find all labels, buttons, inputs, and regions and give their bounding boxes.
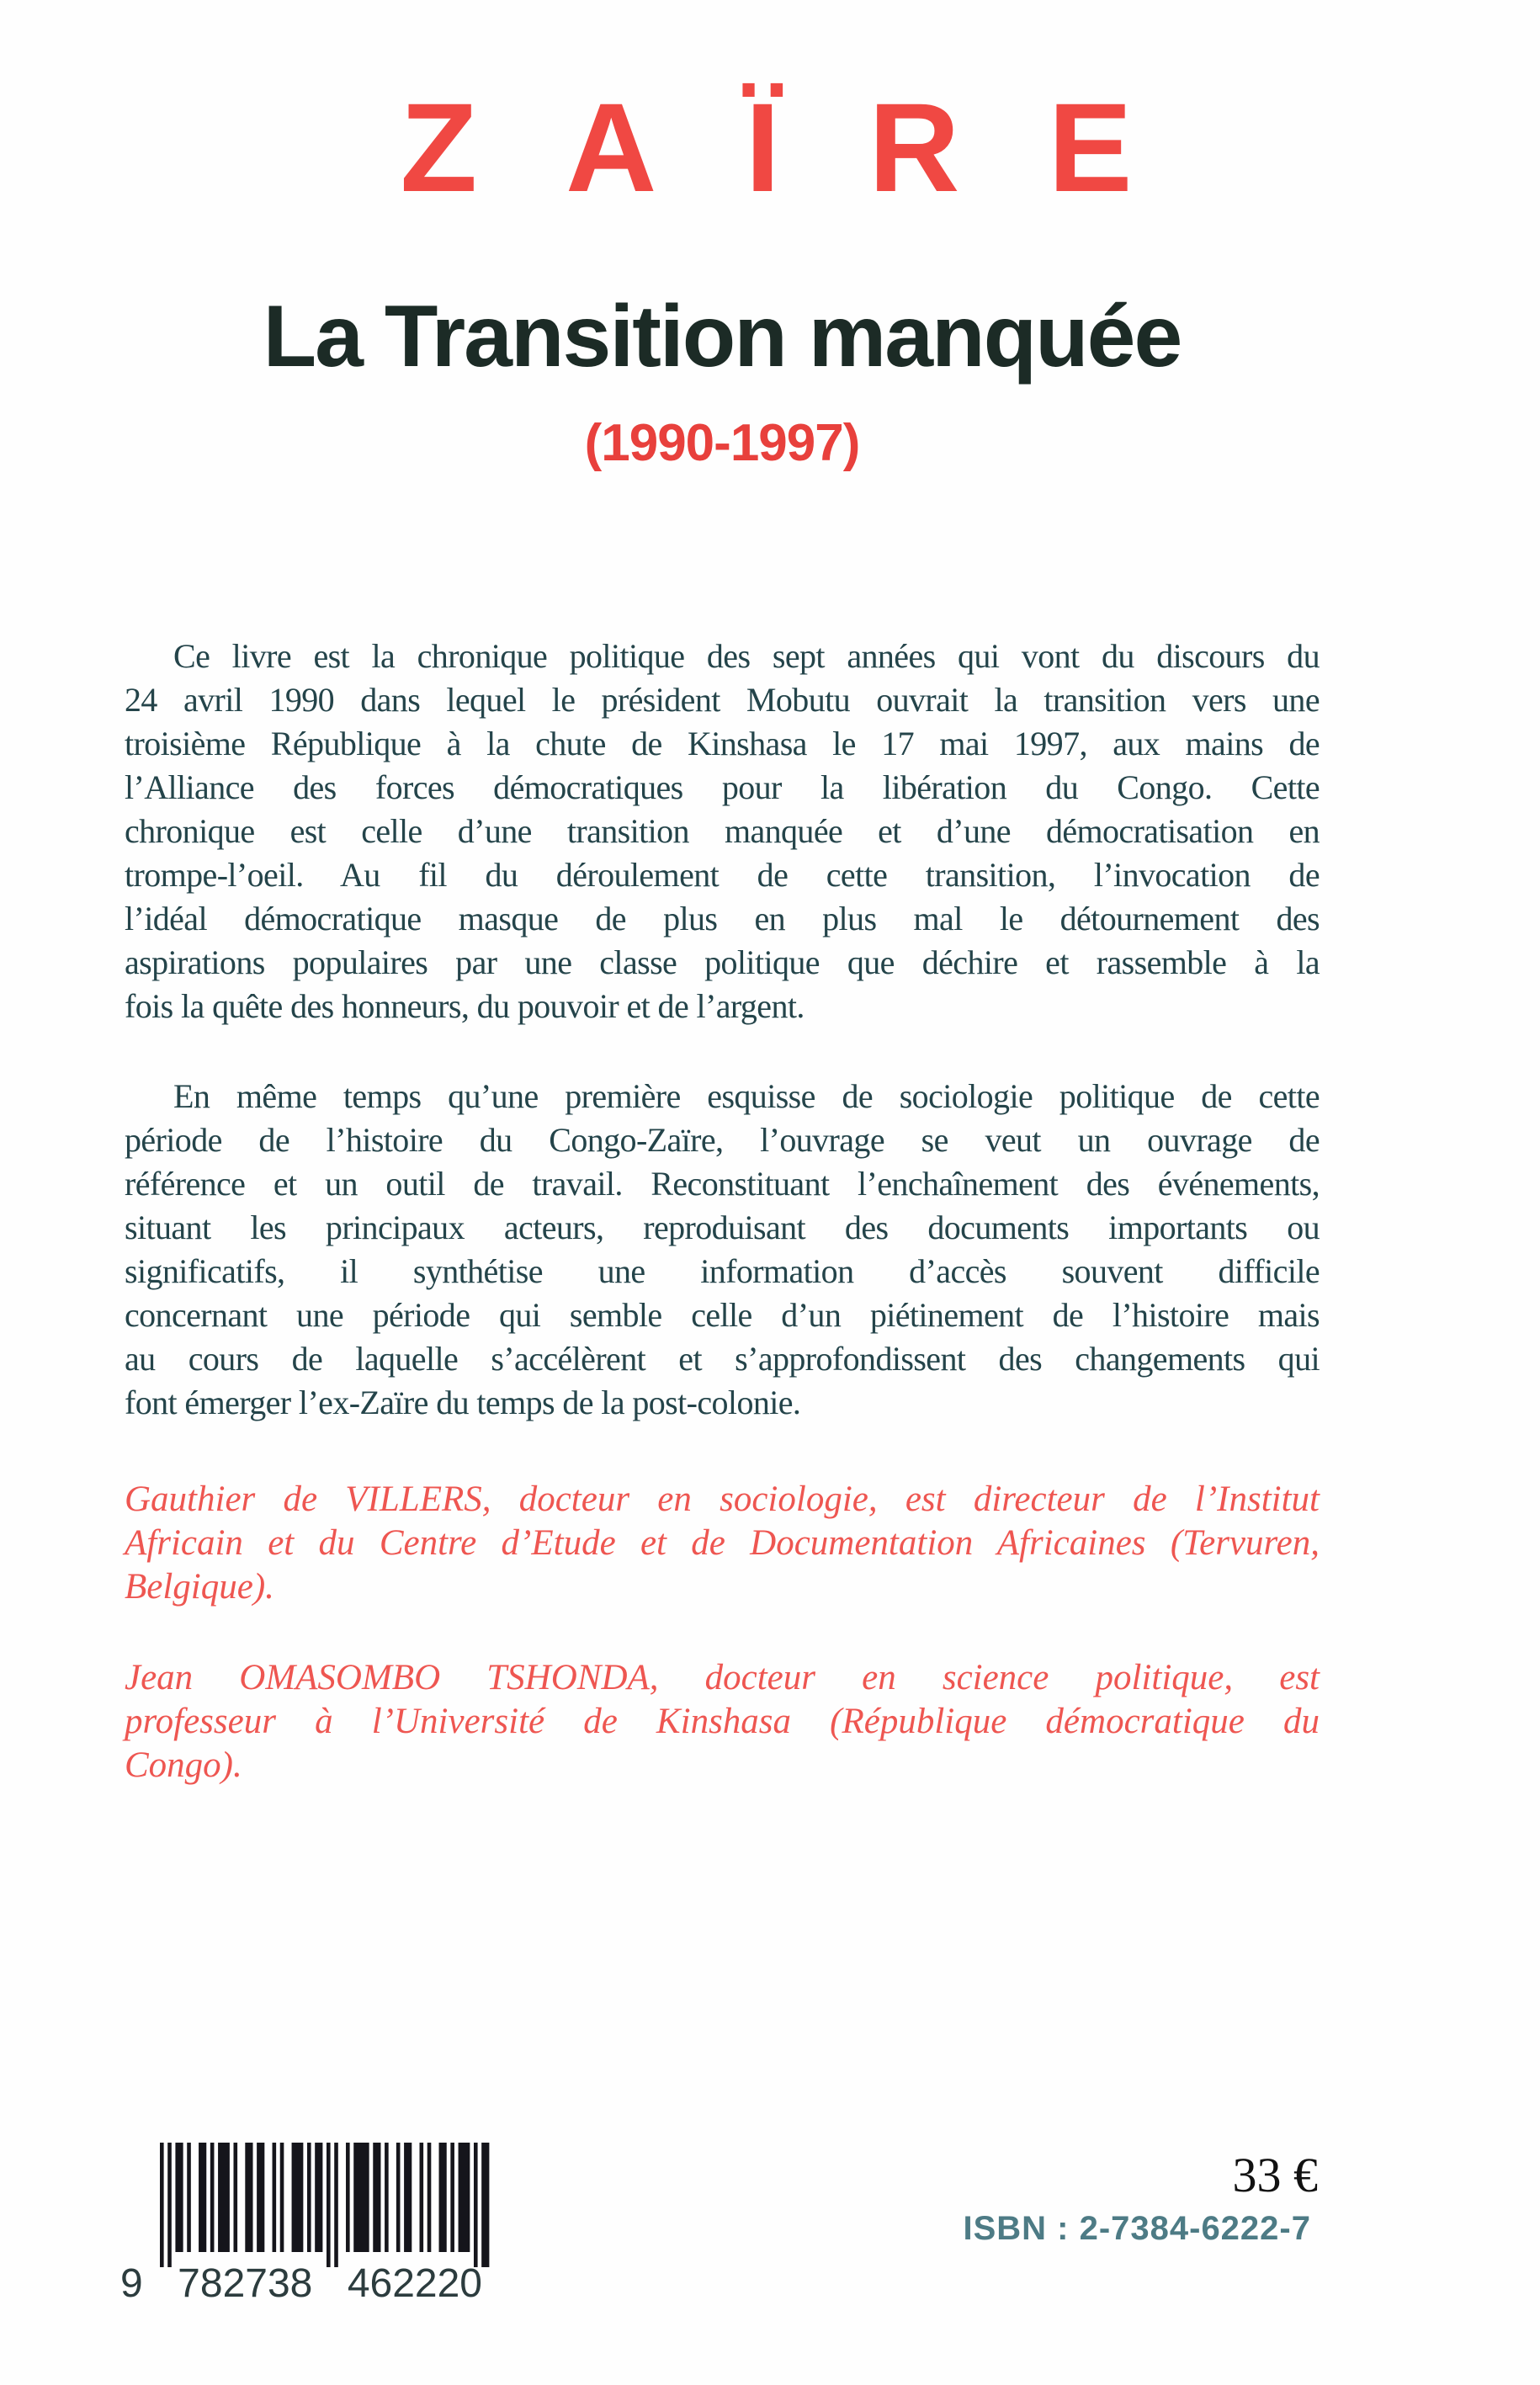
text-line: situant les principaux acteurs, reprodui… [125,1206,1320,1250]
text-line: référence et un outil de travail. Recons… [125,1162,1320,1206]
barcode-bar [257,2143,264,2252]
text-line: 24 avril 1990 dans lequel le président M… [125,678,1320,722]
barcode-bar [280,2143,284,2252]
barcode-bar [346,2143,350,2252]
text-line: au cours de laquelle s’accélèrent et s’a… [125,1337,1320,1381]
text-line: professeur à l’Université de Kinshasa (R… [125,1700,1320,1744]
text-line: significatifs, il synthétise une informa… [125,1250,1320,1293]
barcode-bar [427,2143,432,2252]
isbn: ISBN : 2-7384-6222-7 [963,2212,1311,2245]
barcode-bar [167,2143,172,2267]
text-line: Gauthier de VILLERS, docteur en sociolog… [125,1478,1320,1522]
barcode-bar [474,2143,478,2267]
barcode-bar [373,2143,380,2252]
barcode-bar [404,2143,412,2252]
barcode-bar [233,2143,237,2252]
text-line: fois la quête des honneurs, du pouvoir e… [125,985,1320,1028]
text-line: Congo). [125,1744,1320,1787]
synopsis-paragraph-2: En même temps qu’une première esquisse d… [125,1075,1320,1425]
barcode-bar [327,2143,331,2267]
barcode-bar [459,2143,470,2252]
book-subtitle: La Transition manquée [125,293,1320,380]
text-line: Ce livre est la chronique politique des … [125,635,1320,678]
text-line: troisième République à la chute de Kinsh… [125,722,1320,766]
author-bio-jean-omasombo-tshonda: Jean OMASOMBO TSHONDA, docteur en scienc… [125,1656,1320,1787]
text-line: Jean OMASOMBO TSHONDA, docteur en scienc… [125,1656,1320,1700]
barcode-bar [439,2143,447,2252]
book-period: (1990-1997) [125,417,1320,470]
barcode-bar [315,2143,322,2252]
barcode-bar [218,2143,230,2252]
barcode-bar [450,2143,454,2252]
text-line: l’Alliance des forces démocratiques pour… [125,766,1320,810]
barcode-bar [160,2143,164,2267]
barcode-bar [175,2143,183,2252]
barcode-bar [292,2143,304,2252]
barcode-bar [210,2143,215,2252]
barcode-bar [187,2143,191,2252]
barcode-bar [385,2143,389,2252]
text-line: trompe-l’oeil. Au fil du déroulement de … [125,853,1320,897]
text-line: Belgique). [125,1565,1320,1609]
barcode-bar [334,2143,338,2267]
barcode-bar [245,2143,252,2252]
barcode [160,2143,493,2267]
text-line: période de l’histoire du Congo-Zaïre, l’… [125,1118,1320,1162]
book-title: ZAÏRE [125,84,1408,210]
text-line: Africain et du Centre d’Etude et de Docu… [125,1522,1320,1565]
text-line: chronique est celle d’une transition man… [125,810,1320,853]
text-line: concernant une période qui semble celle … [125,1293,1320,1337]
barcode-svg [160,2143,493,2267]
text-line: l’idéal démocratique masque de plus en p… [125,897,1320,941]
barcode-bar [396,2143,401,2252]
barcode-bar [307,2143,311,2252]
book-back-cover: ZAÏRE La Transition manquée (1990-1997) … [0,0,1540,2385]
barcode-bar [353,2143,369,2252]
text-line: En même temps qu’une première esquisse d… [125,1075,1320,1118]
barcode-bar [273,2143,277,2252]
price: 33 € [1233,2151,1319,2200]
barcode-bar [420,2143,424,2252]
text-line: aspirations populaires par une classe po… [125,941,1320,985]
author-bio-gauthier-de-villers: Gauthier de VILLERS, docteur en sociolog… [125,1478,1320,1609]
synopsis-paragraph-1: Ce livre est la chronique politique des … [125,635,1320,1028]
barcode-digits: 9 782738 462220 [120,2264,482,2304]
barcode-bar [481,2143,489,2267]
text-line: font émerger l’ex-Zaïre du temps de la p… [125,1381,1320,1425]
barcode-bar [199,2143,206,2252]
